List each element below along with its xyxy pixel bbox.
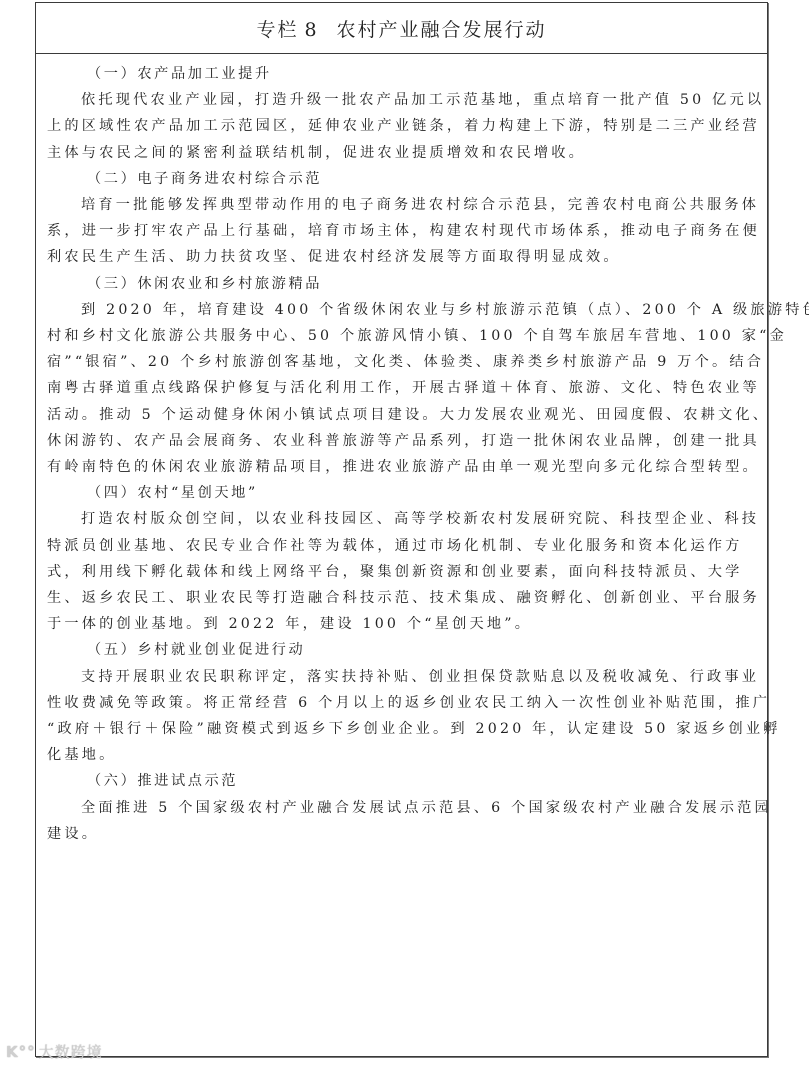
title-text: 农村产业融合发展行动 bbox=[337, 19, 547, 41]
paragraph-line: 宿”“银宿”、20 个乡村旅游创客基地，文化类、体验类、康养类乡村旅游产品 9 … bbox=[47, 349, 757, 375]
section: （五）乡村就业创业促进行动支持开展职业农民职称评定，落实扶持补贴、创业担保贷款贴… bbox=[47, 637, 757, 768]
paragraph-line: 村和乡村文化旅游公共服务中心、50 个旅游风情小镇、100 个自驾车旅居车营地、… bbox=[47, 323, 757, 349]
paragraph-line: 活动。推动 5 个运动健身休闲小镇试点项目建设。大力发展农业观光、田园度假、农耕… bbox=[47, 402, 757, 428]
paragraph-line: 化基地。 bbox=[47, 742, 757, 768]
watermark-text: 大数跨境 bbox=[39, 1043, 103, 1061]
paragraph-line: 到 2020 年，培育建设 400 个省级休闲农业与乡村旅游示范镇（点）、200… bbox=[47, 297, 757, 323]
section-heading: （五）乡村就业创业促进行动 bbox=[47, 637, 757, 663]
paragraph-line: 主体与农民之间的紧密利益联结机制，促进农业提质增效和农民增收。 bbox=[47, 140, 757, 166]
paragraph-line: 支持开展职业农民职称评定，落实扶持补贴、创业担保贷款贴息以及税收减免、行政事业 bbox=[47, 664, 757, 690]
paragraph-line: 全面推进 5 个国家级农村产业融合发展试点示范县、6 个国家级农村产业融合发展示… bbox=[47, 795, 757, 821]
paragraph-line: 建设。 bbox=[47, 821, 757, 847]
page-title: 专栏8农村产业融合发展行动 bbox=[256, 15, 546, 42]
paragraph-line: 特派员创业基地、农民专业合作社等为载体，通过市场化机制、专业化服务和资本化运作方 bbox=[47, 533, 757, 559]
section-heading: （二）电子商务进农村综合示范 bbox=[47, 166, 757, 192]
paragraph-line: 南粤古驿道重点线路保护修复与活化利用工作，开展古驿道＋体育、旅游、文化、特色农业… bbox=[47, 375, 757, 401]
title-number: 8 bbox=[304, 19, 318, 41]
section-heading: （三）休闲农业和乡村旅游精品 bbox=[47, 271, 757, 297]
section: （四）农村“星创天地”打造农村版众创空间，以农业科技园区、高等学校新农村发展研究… bbox=[47, 480, 757, 637]
paragraph-line: 系，进一步打牢农产品上行基础，培育市场主体，构建农村现代市场体系，推动电子商务在… bbox=[47, 218, 757, 244]
paragraph-line: 休闲游钓、农产品会展商务、农业科普旅游等产品系列，打造一批休闲农业品牌，创建一批… bbox=[47, 428, 757, 454]
paragraph-line: 上的区域性农产品加工示范园区，延伸农业产业链条，着力构建上下游，特别是二三产业经… bbox=[47, 113, 757, 139]
column-body: （一）农产品加工业提升依托现代农业产业园，打造升级一批农产品加工示范基地，重点培… bbox=[36, 54, 767, 847]
paragraph-line: 性收费减免等政策。将正常经营 6 个月以上的返乡创业农民工纳入一次性创业补贴范围… bbox=[47, 690, 757, 716]
paragraph-line: 有岭南特色的休闲农业旅游精品项目，推进农业旅游产品由单一观光型向多元化综合型转型… bbox=[47, 454, 757, 480]
section: （六）推进试点示范全面推进 5 个国家级农村产业融合发展试点示范县、6 个国家级… bbox=[47, 768, 757, 847]
paragraph-line: 打造农村版众创空间，以农业科技园区、高等学校新农村发展研究院、科技型企业、科技 bbox=[47, 506, 757, 532]
paragraph-line: 利农民生产生活、助力扶贫攻坚、促进农村经济发展等方面取得明显成效。 bbox=[47, 244, 757, 270]
paragraph-line: 式，利用线下孵化载体和线上网络平台，聚集创新资源和创业要素，面向科技特派员、大学 bbox=[47, 559, 757, 585]
section-heading: （一）农产品加工业提升 bbox=[47, 61, 757, 87]
section: （三）休闲农业和乡村旅游精品到 2020 年，培育建设 400 个省级休闲农业与… bbox=[47, 271, 757, 481]
section-heading: （六）推进试点示范 bbox=[47, 768, 757, 794]
watermark: K°°大数跨境 bbox=[6, 1041, 103, 1062]
paragraph-line: “政府＋银行＋保险”融资模式到返乡下乡创业企业。到 2020 年，认定建设 50… bbox=[47, 716, 757, 742]
section-heading: （四）农村“星创天地” bbox=[47, 480, 757, 506]
paragraph-line: 培育一批能够发挥典型带动作用的电子商务进农村综合示范县，完善农村电商公共服务体 bbox=[47, 192, 757, 218]
column-box: 专栏8农村产业融合发展行动 （一）农产品加工业提升依托现代农业产业园，打造升级一… bbox=[35, 2, 768, 1057]
paragraph-line: 依托现代农业产业园，打造升级一批农产品加工示范基地，重点培育一批产值 50 亿元… bbox=[47, 87, 757, 113]
watermark-logo-icon: K°° bbox=[6, 1043, 36, 1061]
title-row: 专栏8农村产业融合发展行动 bbox=[36, 3, 767, 54]
paragraph-line: 生、返乡农民工、职业农民等打造融合科技示范、技术集成、融资孵化、创新创业、平台服… bbox=[47, 585, 757, 611]
section: （一）农产品加工业提升依托现代农业产业园，打造升级一批农产品加工示范基地，重点培… bbox=[47, 61, 757, 166]
title-prefix: 专栏 bbox=[256, 19, 298, 41]
paragraph-line: 于一体的创业基地。到 2022 年，建设 100 个“星创天地”。 bbox=[47, 611, 757, 637]
section: （二）电子商务进农村综合示范培育一批能够发挥典型带动作用的电子商务进农村综合示范… bbox=[47, 166, 757, 271]
